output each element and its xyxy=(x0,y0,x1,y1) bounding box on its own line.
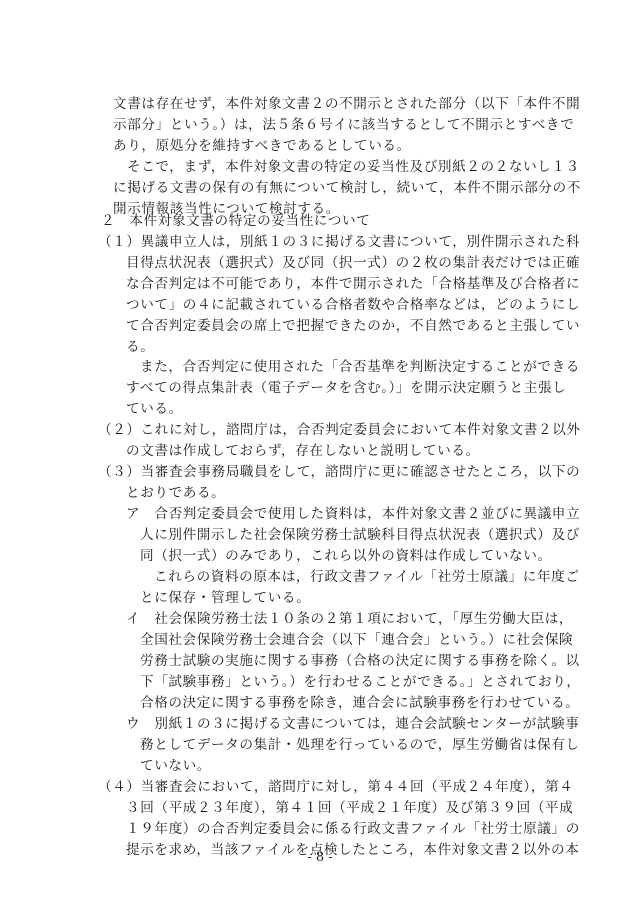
text-line: すべての得点集計表（電子データを含む。）」を開示決定願うと主張し xyxy=(126,378,566,398)
text-line: とに保存・管理している。 xyxy=(140,588,310,608)
text-line: これらの資料の原本は，行政文書ファイル「社労士原議」に年度ご xyxy=(154,567,580,587)
text-line: に掲げる文書の保有の有無について検討し，続いて，本件不開示部分の不 xyxy=(113,178,581,198)
text-line: 示部分」という。）は，法５条６号イに該当するとして不開示とすべきで xyxy=(113,115,574,135)
text-line: て合否判定委員会の席上で把握できたのか，不自然であると主張してい xyxy=(126,316,580,336)
text-line: １９年度）の合否判定委員会に係る行政文書ファイル「社労士原議」の xyxy=(126,819,580,839)
text-line: 労務士試験の実施に関する事務（合格の決定に関する事務を除く。以 xyxy=(140,651,580,671)
text-line: また，合否判定に使用された「合否基準を判断決定することができる xyxy=(140,357,580,377)
text-line: の文書は作成しておらず，存在しないと説明している。 xyxy=(126,441,480,461)
text-line: （２）これに対し，諮問庁は，合否判定委員会において本件対象文書２以外 xyxy=(98,420,581,440)
text-line: 同（択一式）のみであり，これら以外の資料は作成していない。 xyxy=(140,546,552,566)
text-line: ウ 別紙１の３に掲げる文書については，連合会試験センターが試験事 xyxy=(126,714,579,734)
text-line: とおりである。 xyxy=(126,483,225,503)
text-line: 人に別件開示した社会保険労務士試験科目得点状況表（選択式）及び xyxy=(140,525,580,545)
text-line: ２ 本件対象文書の特定の妥当性について xyxy=(101,211,370,231)
text-line: る。 xyxy=(126,337,154,357)
text-line: 合格の決定に関する事務を除き，連合会に試験事務を行わせている。 xyxy=(140,693,579,713)
text-line: ３回（平成２３年度），第４１回（平成２１年度）及び第３９回（平成 xyxy=(126,798,573,818)
text-line: （３）当審査会事務局職員をして，諮問庁に更に確認させたところ，以下の xyxy=(98,462,580,482)
text-line: 目得点状況表（選択式）及び同（択一式）の２枚の集計表だけでは正確 xyxy=(126,253,580,273)
text-line: な合否判定は不可能であり，本件で開示された「合格基準及び合格者に xyxy=(126,274,580,294)
text-line: ていない。 xyxy=(140,756,211,776)
text-line: 下「試験事務」という。）を行わせることができる。」とされており， xyxy=(140,672,581,692)
text-line: （４）当審査会において，諮問庁に対し，第４４回（平成２４年度），第４ xyxy=(98,777,574,797)
page-number: - 8 - xyxy=(0,850,640,865)
text-line: ついて」の４に記載されている合格者数や合格率などは，どのようにし xyxy=(126,295,580,315)
document-page: 文書は存在せず，本件対象文書２の不開示とされた部分（以下「本件不開示部分」という… xyxy=(0,0,640,905)
text-line: イ 社会保険労務士法１０条の２第１項において，「厚生労働大臣は， xyxy=(126,609,573,629)
text-line: 全国社会保険労務士会連合会（以下「連合会」という。）に社会保険 xyxy=(140,630,573,650)
text-line: ている。 xyxy=(126,399,183,419)
text-line: ア 合否判定委員会で使用した資料は，本件対象文書２並びに異議申立 xyxy=(126,504,580,524)
text-line: （１）異議申立人は，別紙１の３に掲げる文書について，別件開示された科 xyxy=(98,232,580,252)
text-line: あり，原処分を維持すべきであるとしている。 xyxy=(113,136,411,156)
text-line: 務としてデータの集計・処理を行っているので，厚生労働省は保有し xyxy=(140,735,580,755)
text-line: そこで，まず，本件対象文書の特定の妥当性及び別紙２の２ないし１３ xyxy=(127,157,580,177)
text-line: 文書は存在せず，本件対象文書２の不開示とされた部分（以下「本件不開 xyxy=(113,94,580,114)
